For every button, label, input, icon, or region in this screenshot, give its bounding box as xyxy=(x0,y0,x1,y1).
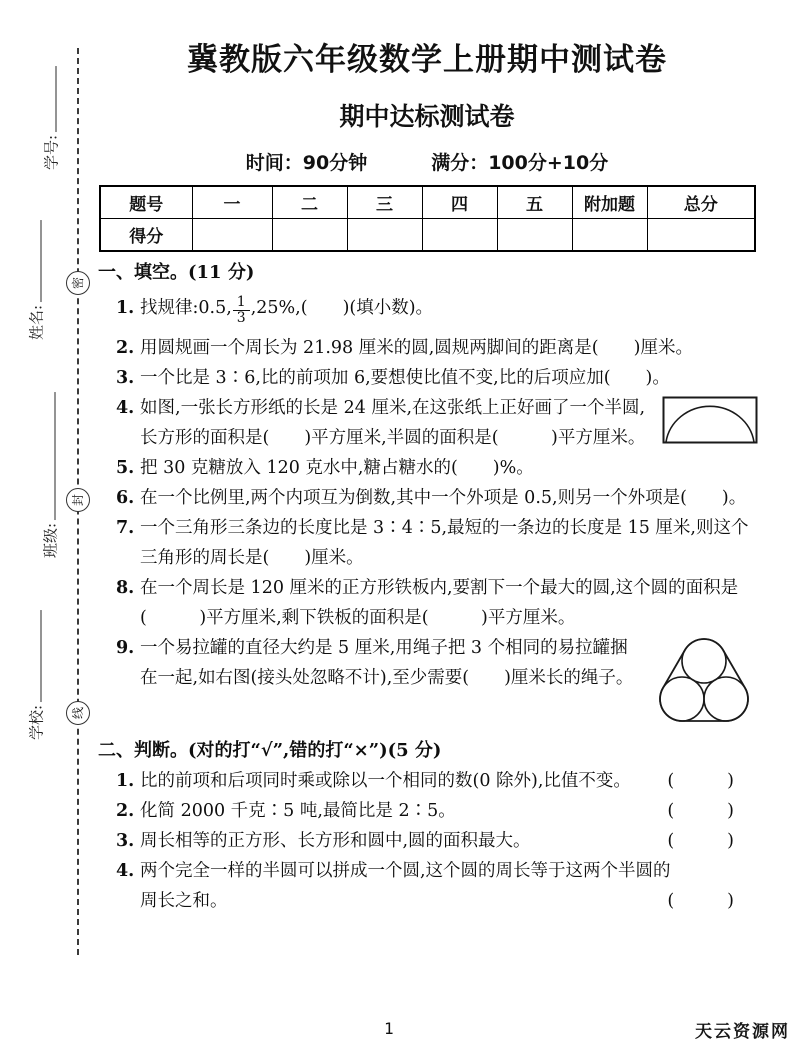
test-paper-page: 学号: 姓名: 班级: 学校: 密 封 线 冀教版六年级数学上册期中测试卷 期中… xyxy=(0,0,792,1057)
judge-answer-blank: ( ) xyxy=(667,826,740,856)
question-text: 比的前项和后项同时乘或除以一个相同的数(0 除外),比值不变。 xyxy=(140,771,631,791)
school-field: 学校: xyxy=(26,610,47,740)
section-2-heading: 二、判断。(对的打“√”,错的打“×”)(5 分) xyxy=(98,736,758,766)
fraction-numerator: 1 xyxy=(233,295,250,311)
school-blank-line xyxy=(26,610,41,702)
question-text: 化简 2000 千克∶5 吨,最简比是 2∶5。 xyxy=(140,801,456,821)
score-header-bonus: 附加题 xyxy=(572,186,647,219)
score-header-3: 三 xyxy=(347,186,422,219)
score-table-score-row: 得分 xyxy=(100,219,755,252)
exam-time: 时间：90分钟 xyxy=(246,152,367,174)
score-header-timu: 题号 xyxy=(100,186,192,219)
score-cell-empty xyxy=(422,219,497,252)
score-cell-empty xyxy=(192,219,272,252)
question-text: 两个完全一样的半圆可以拼成一个圆,这个圆的周长等于这两个半圆的周长之和。 xyxy=(140,861,671,911)
fill-blank-question-9: 9.一个易拉罐的直径大约是 5 厘米,用绳子把 3 个相同的易拉罐捆在一起,如右… xyxy=(98,633,758,730)
question-number: 9. xyxy=(116,633,140,663)
class-blank-line xyxy=(40,392,55,520)
fill-blank-question-8: 8.在一个周长是 120 厘米的正方形铁板内,要割下一个最大的圆,这个圆的面积是… xyxy=(98,573,758,633)
question-text: 周长相等的正方形、长方形和圆中,圆的面积最大。 xyxy=(140,831,531,851)
seal-char-feng: 封 xyxy=(66,488,90,512)
question-number: 1. xyxy=(116,766,140,796)
question-number: 4. xyxy=(116,393,140,423)
name-blank-line xyxy=(26,220,41,302)
fill-blank-question-4: 4.如图,一张长方形纸的长是 24 厘米,在这张纸上正好画了一个半圆,长方形的面… xyxy=(98,393,758,453)
exam-full-score: 满分：100分+10分 xyxy=(431,152,608,174)
question-number: 2. xyxy=(116,333,140,363)
question-text: 一个三角形三条边的长度比是 3∶4∶5,最短的一条边的长度是 15 厘米,则这个… xyxy=(140,518,748,568)
fill-blank-question-2: 2.用圆规画一个周长为 21.98 厘米的圆,圆规两脚间的距离是( )厘米。 xyxy=(98,333,758,363)
judge-question-1: 1.比的前项和后项同时乘或除以一个相同的数(0 除外),比值不变。 ( ) xyxy=(98,766,758,796)
class-field: 班级: xyxy=(40,392,61,558)
judge-question-2: 2.化简 2000 千克∶5 吨,最简比是 2∶5。 ( ) xyxy=(98,796,758,826)
student-id-field: 学号: xyxy=(41,66,62,170)
score-header-total: 总分 xyxy=(647,186,755,219)
judge-answer-blank: ( ) xyxy=(667,766,740,796)
score-cell-empty xyxy=(347,219,422,252)
question-text: 在一个周长是 120 厘米的正方形铁板内,要割下一个最大的圆,这个圆的面积是( … xyxy=(140,578,738,628)
judge-answer-blank: ( ) xyxy=(667,796,740,826)
judge-question-4: 4.两个完全一样的半圆可以拼成一个圆,这个圆的周长等于这两个半圆的周长之和。 (… xyxy=(98,856,758,916)
score-cell-empty xyxy=(572,219,647,252)
student-id-label: 学号: xyxy=(43,135,61,170)
fraction-denominator: 3 xyxy=(233,311,250,326)
school-label: 学校: xyxy=(28,705,46,740)
question-number: 1. xyxy=(116,293,140,323)
score-table: 题号 一 二 三 四 五 附加题 总分 得分 xyxy=(99,185,756,252)
question-text: ,25%,( )(填小数)。 xyxy=(251,298,433,318)
question-number: 2. xyxy=(116,796,140,826)
paper-title: 冀教版六年级数学上册期中测试卷 xyxy=(98,34,756,79)
question-number: 7. xyxy=(116,513,140,543)
question-text: 一个比是 3∶6,比的前项加 6,要想使比值不变,比的后项应加( )。 xyxy=(140,368,670,388)
score-header-1: 一 xyxy=(192,186,272,219)
score-header-4: 四 xyxy=(422,186,497,219)
score-header-2: 二 xyxy=(272,186,347,219)
score-cell-empty xyxy=(272,219,347,252)
judge-question-3: 3.周长相等的正方形、长方形和圆中,圆的面积最大。 ( ) xyxy=(98,826,758,856)
question-text: 找规律:0.5, xyxy=(140,298,232,318)
fill-blank-question-7: 7.一个三角形三条边的长度比是 3∶4∶5,最短的一条边的长度是 15 厘米,则… xyxy=(98,513,758,573)
score-row-label: 得分 xyxy=(100,219,192,252)
student-id-blank-line xyxy=(41,66,56,132)
seal-char-mi: 密 xyxy=(66,271,90,295)
question-number: 4. xyxy=(116,856,140,886)
question-text: 如图,一张长方形纸的长是 24 厘米,在这张纸上正好画了一个半圆,长方形的面积是… xyxy=(140,398,645,448)
paper-subtitle: 期中达标测试卷 xyxy=(98,97,756,133)
exam-info-line: 时间：90分钟满分：100分+10分 xyxy=(98,148,756,175)
seal-char-xian: 线 xyxy=(66,701,90,725)
rectangle-semicircle-figure xyxy=(662,396,758,444)
fraction-one-third: 13 xyxy=(232,295,251,327)
score-cell-empty xyxy=(647,219,755,252)
name-label: 姓名: xyxy=(28,305,46,340)
question-text: 用圆规画一个周长为 21.98 厘米的圆,圆规两脚间的距离是( )厘米。 xyxy=(140,338,693,358)
question-number: 6. xyxy=(116,483,140,513)
score-cell-empty xyxy=(497,219,572,252)
question-number: 5. xyxy=(116,453,140,483)
fill-blank-question-6: 6.在一个比例里,两个内项互为倒数,其中一个外项是 0.5,则另一个外项是( )… xyxy=(98,483,758,513)
question-number: 8. xyxy=(116,573,140,603)
question-content: 一、填空。(11 分) 1.找规律:0.5,13,25%,( )(填小数)。 2… xyxy=(98,258,758,916)
question-number: 3. xyxy=(116,826,140,856)
fill-blank-question-5: 5.把 30 克糖放入 120 克水中,糖占糖水的( )%。 xyxy=(98,453,758,483)
score-header-5: 五 xyxy=(497,186,572,219)
class-label: 班级: xyxy=(42,523,60,558)
score-table-header-row: 题号 一 二 三 四 五 附加题 总分 xyxy=(100,186,755,219)
question-text: 把 30 克糖放入 120 克水中,糖占糖水的( )%。 xyxy=(140,458,534,478)
question-text: 一个易拉罐的直径大约是 5 厘米,用绳子把 3 个相同的易拉罐捆在一起,如右图(… xyxy=(140,638,633,688)
fill-blank-question-3: 3.一个比是 3∶6,比的前项加 6,要想使比值不变,比的后项应加( )。 xyxy=(98,363,758,393)
fill-blank-question-1: 1.找规律:0.5,13,25%,( )(填小数)。 xyxy=(98,293,758,326)
page-number: 1 xyxy=(384,1019,394,1038)
name-field: 姓名: xyxy=(26,220,47,340)
question-number: 3. xyxy=(116,363,140,393)
judge-answer-blank: ( ) xyxy=(667,886,740,916)
section-1-heading: 一、填空。(11 分) xyxy=(98,258,758,288)
question-text: 在一个比例里,两个内项互为倒数,其中一个外项是 0.5,则另一个外项是( )。 xyxy=(140,488,746,508)
bundled-cans-figure xyxy=(650,636,758,728)
watermark-text: 天云资源网 xyxy=(695,1017,790,1042)
